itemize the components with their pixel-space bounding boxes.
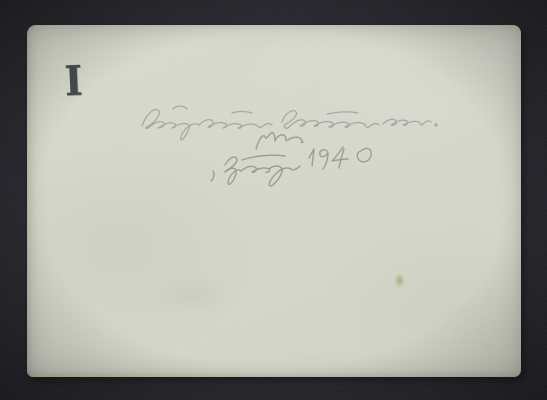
handwriting-line2 — [211, 147, 371, 186]
scan-background: I — [0, 0, 547, 400]
handwritten-inscription — [27, 25, 521, 377]
card-edge-highlight — [33, 375, 305, 377]
handwriting-line1 — [142, 106, 437, 140]
photo-back-card: I — [27, 25, 521, 377]
paper-stain-spot — [395, 275, 404, 287]
handwriting-insertion-may — [256, 132, 303, 149]
